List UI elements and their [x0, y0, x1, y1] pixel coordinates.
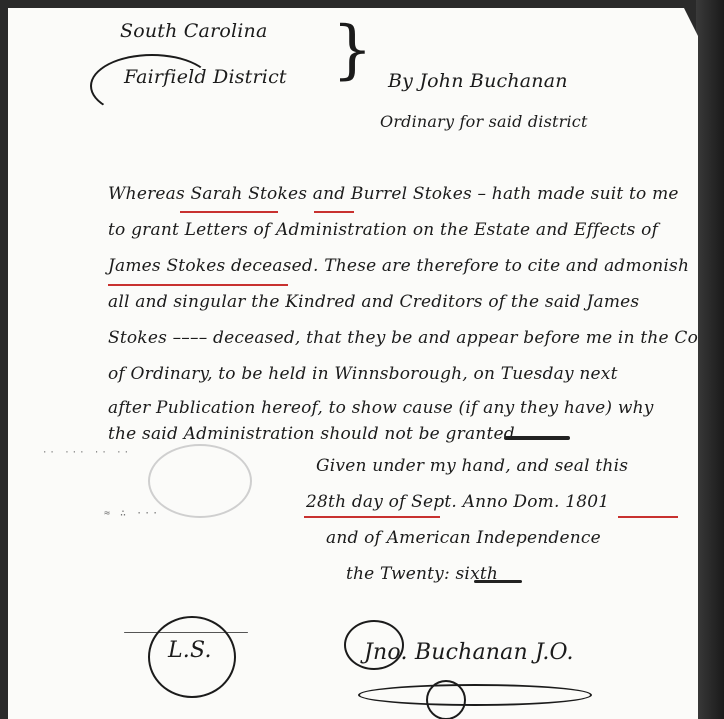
- closing-line-2: 28th day of Sept. Anno Dom. 1801: [306, 492, 609, 512]
- issuer-line: By John Buchanan: [388, 70, 568, 92]
- flourish-knot: [426, 680, 466, 719]
- closing-line-3: and of American Independence: [326, 528, 601, 548]
- body-line-4: all and singular the Kindred and Credito…: [108, 292, 639, 312]
- underline-james: [108, 284, 288, 286]
- flourish-oval: [90, 54, 214, 118]
- signature-flourish: [358, 684, 592, 706]
- body-line-6: of Ordinary, to be held in Winnsborough,…: [108, 364, 618, 384]
- bleed-through-2: ≈ ∴ ···: [104, 508, 160, 519]
- document-page: South Carolina Fairfield District } By J…: [8, 8, 698, 719]
- bleed-through: ·· ··· ·· ··: [42, 448, 131, 458]
- body-line-8: the said Administration should not be gr…: [108, 424, 515, 444]
- body-line-3: James Stokes deceased. These are therefo…: [108, 256, 689, 276]
- underline-date: [304, 516, 440, 518]
- issuer-title: Ordinary for said district: [380, 112, 588, 131]
- dash-stroke-2: [474, 580, 522, 583]
- header-brace: }: [332, 18, 373, 82]
- body-line-1: Whereas Sarah Stokes and Burrel Stokes –…: [108, 184, 679, 204]
- underline-burrel: [314, 211, 354, 213]
- seal-label: L.S.: [168, 638, 212, 663]
- underline-sarah: [180, 211, 278, 213]
- underline-year: [618, 516, 678, 518]
- closing-line-1: Given under my hand, and seal this: [316, 456, 628, 476]
- body-line-7: after Publication hereof, to show cause …: [108, 398, 654, 418]
- body-line-2: to grant Letters of Administration on th…: [108, 220, 658, 240]
- scan-border: [696, 0, 724, 719]
- dash-stroke: [504, 436, 570, 440]
- header-state: South Carolina: [120, 20, 268, 42]
- signature: Jno. Buchanan J.O.: [364, 640, 574, 665]
- faint-seal-impression: [148, 444, 252, 518]
- body-line-5: Stokes –––– deceased, that they be and a…: [108, 328, 724, 348]
